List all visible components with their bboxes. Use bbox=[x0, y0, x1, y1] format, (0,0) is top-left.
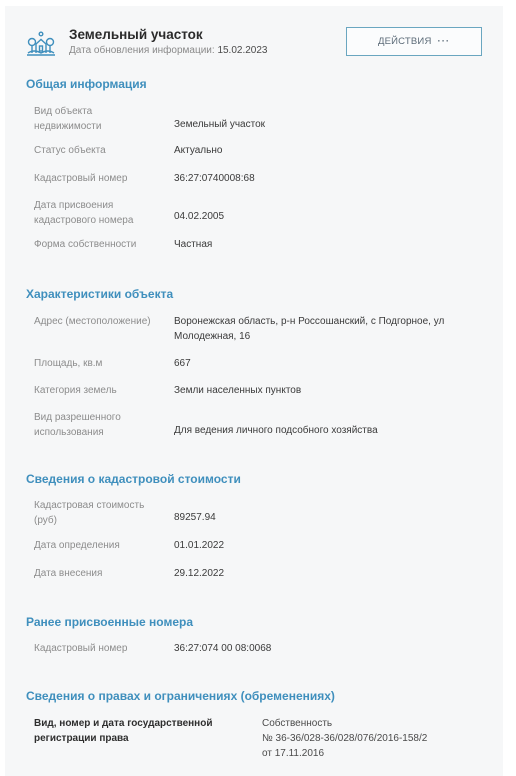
land-plot-icon bbox=[26, 31, 56, 57]
section-title-general: Общая информация bbox=[26, 77, 147, 91]
field-value: 29.12.2022 bbox=[174, 566, 474, 581]
actions-label: ДЕЙСТВИЯ bbox=[378, 36, 432, 47]
field-label: Дата внесения bbox=[34, 566, 169, 581]
page-title: Земельный участок bbox=[69, 27, 203, 42]
field-label: Площадь, кв.м bbox=[34, 356, 169, 371]
field-value: Земельный участок bbox=[174, 117, 474, 132]
actions-button[interactable]: ДЕЙСТВИЯ ··· bbox=[346, 27, 482, 56]
field-value: 667 bbox=[174, 356, 474, 371]
section-title-rights: Сведения о правах и ограничениях (обреме… bbox=[26, 689, 335, 703]
field-label: Категория земель bbox=[34, 383, 169, 398]
cadastral-number: 36:27:0740008:68 bbox=[174, 171, 474, 186]
section-title-characteristics: Характеристики объекта bbox=[26, 287, 173, 301]
field-label: Дата определения bbox=[34, 538, 169, 553]
section-title-previous-numbers: Ранее присвоенные номера bbox=[26, 615, 193, 629]
field-label: Форма собственности bbox=[34, 237, 169, 252]
field-label: Вид разрешенного использования bbox=[34, 410, 134, 440]
update-date: 15.02.2023 bbox=[217, 45, 267, 56]
more-dots-icon: ··· bbox=[438, 36, 451, 47]
cadastral-value: 89257.94 bbox=[174, 510, 474, 525]
section-title-cadastral-value: Сведения о кадастровой стоимости bbox=[26, 472, 241, 486]
field-label: Вид, номер и дата государственной регист… bbox=[34, 716, 224, 746]
field-label: Кадастровый номер bbox=[34, 641, 169, 656]
update-label: Дата обновления информации: bbox=[69, 45, 215, 56]
field-label: Адрес (местоположение) bbox=[34, 314, 169, 329]
right-number: № 36-36/028-36/028/076/2016-158/2 bbox=[262, 731, 482, 746]
field-value: 36:27:074 00 08:0068 bbox=[174, 641, 474, 656]
field-label: Кадастровый номер bbox=[34, 171, 169, 186]
rights-value: Собственность № 36-36/028-36/028/076/201… bbox=[262, 716, 482, 761]
field-label: Дата присвоения кадастрового номера bbox=[34, 198, 149, 228]
field-value: Актуально bbox=[174, 143, 474, 158]
right-date: от 17.11.2016 bbox=[262, 746, 482, 761]
right-type: Собственность bbox=[262, 716, 482, 731]
field-label: Вид объекта недвижимости bbox=[34, 104, 134, 134]
field-value: 04.02.2005 bbox=[174, 209, 474, 224]
address-value: Воронежская область, р-н Россошанский, с… bbox=[174, 314, 474, 344]
field-value: Для ведения личного подсобного хозяйства bbox=[174, 423, 474, 438]
field-value: Земли населенных пунктов bbox=[174, 383, 474, 398]
field-label: Кадастровая стоимость (руб) bbox=[34, 498, 159, 528]
field-value: 01.01.2022 bbox=[174, 538, 474, 553]
update-info: Дата обновления информации: 15.02.2023 bbox=[69, 45, 268, 56]
field-value: Частная bbox=[174, 237, 474, 252]
field-label: Статус объекта bbox=[34, 143, 169, 158]
